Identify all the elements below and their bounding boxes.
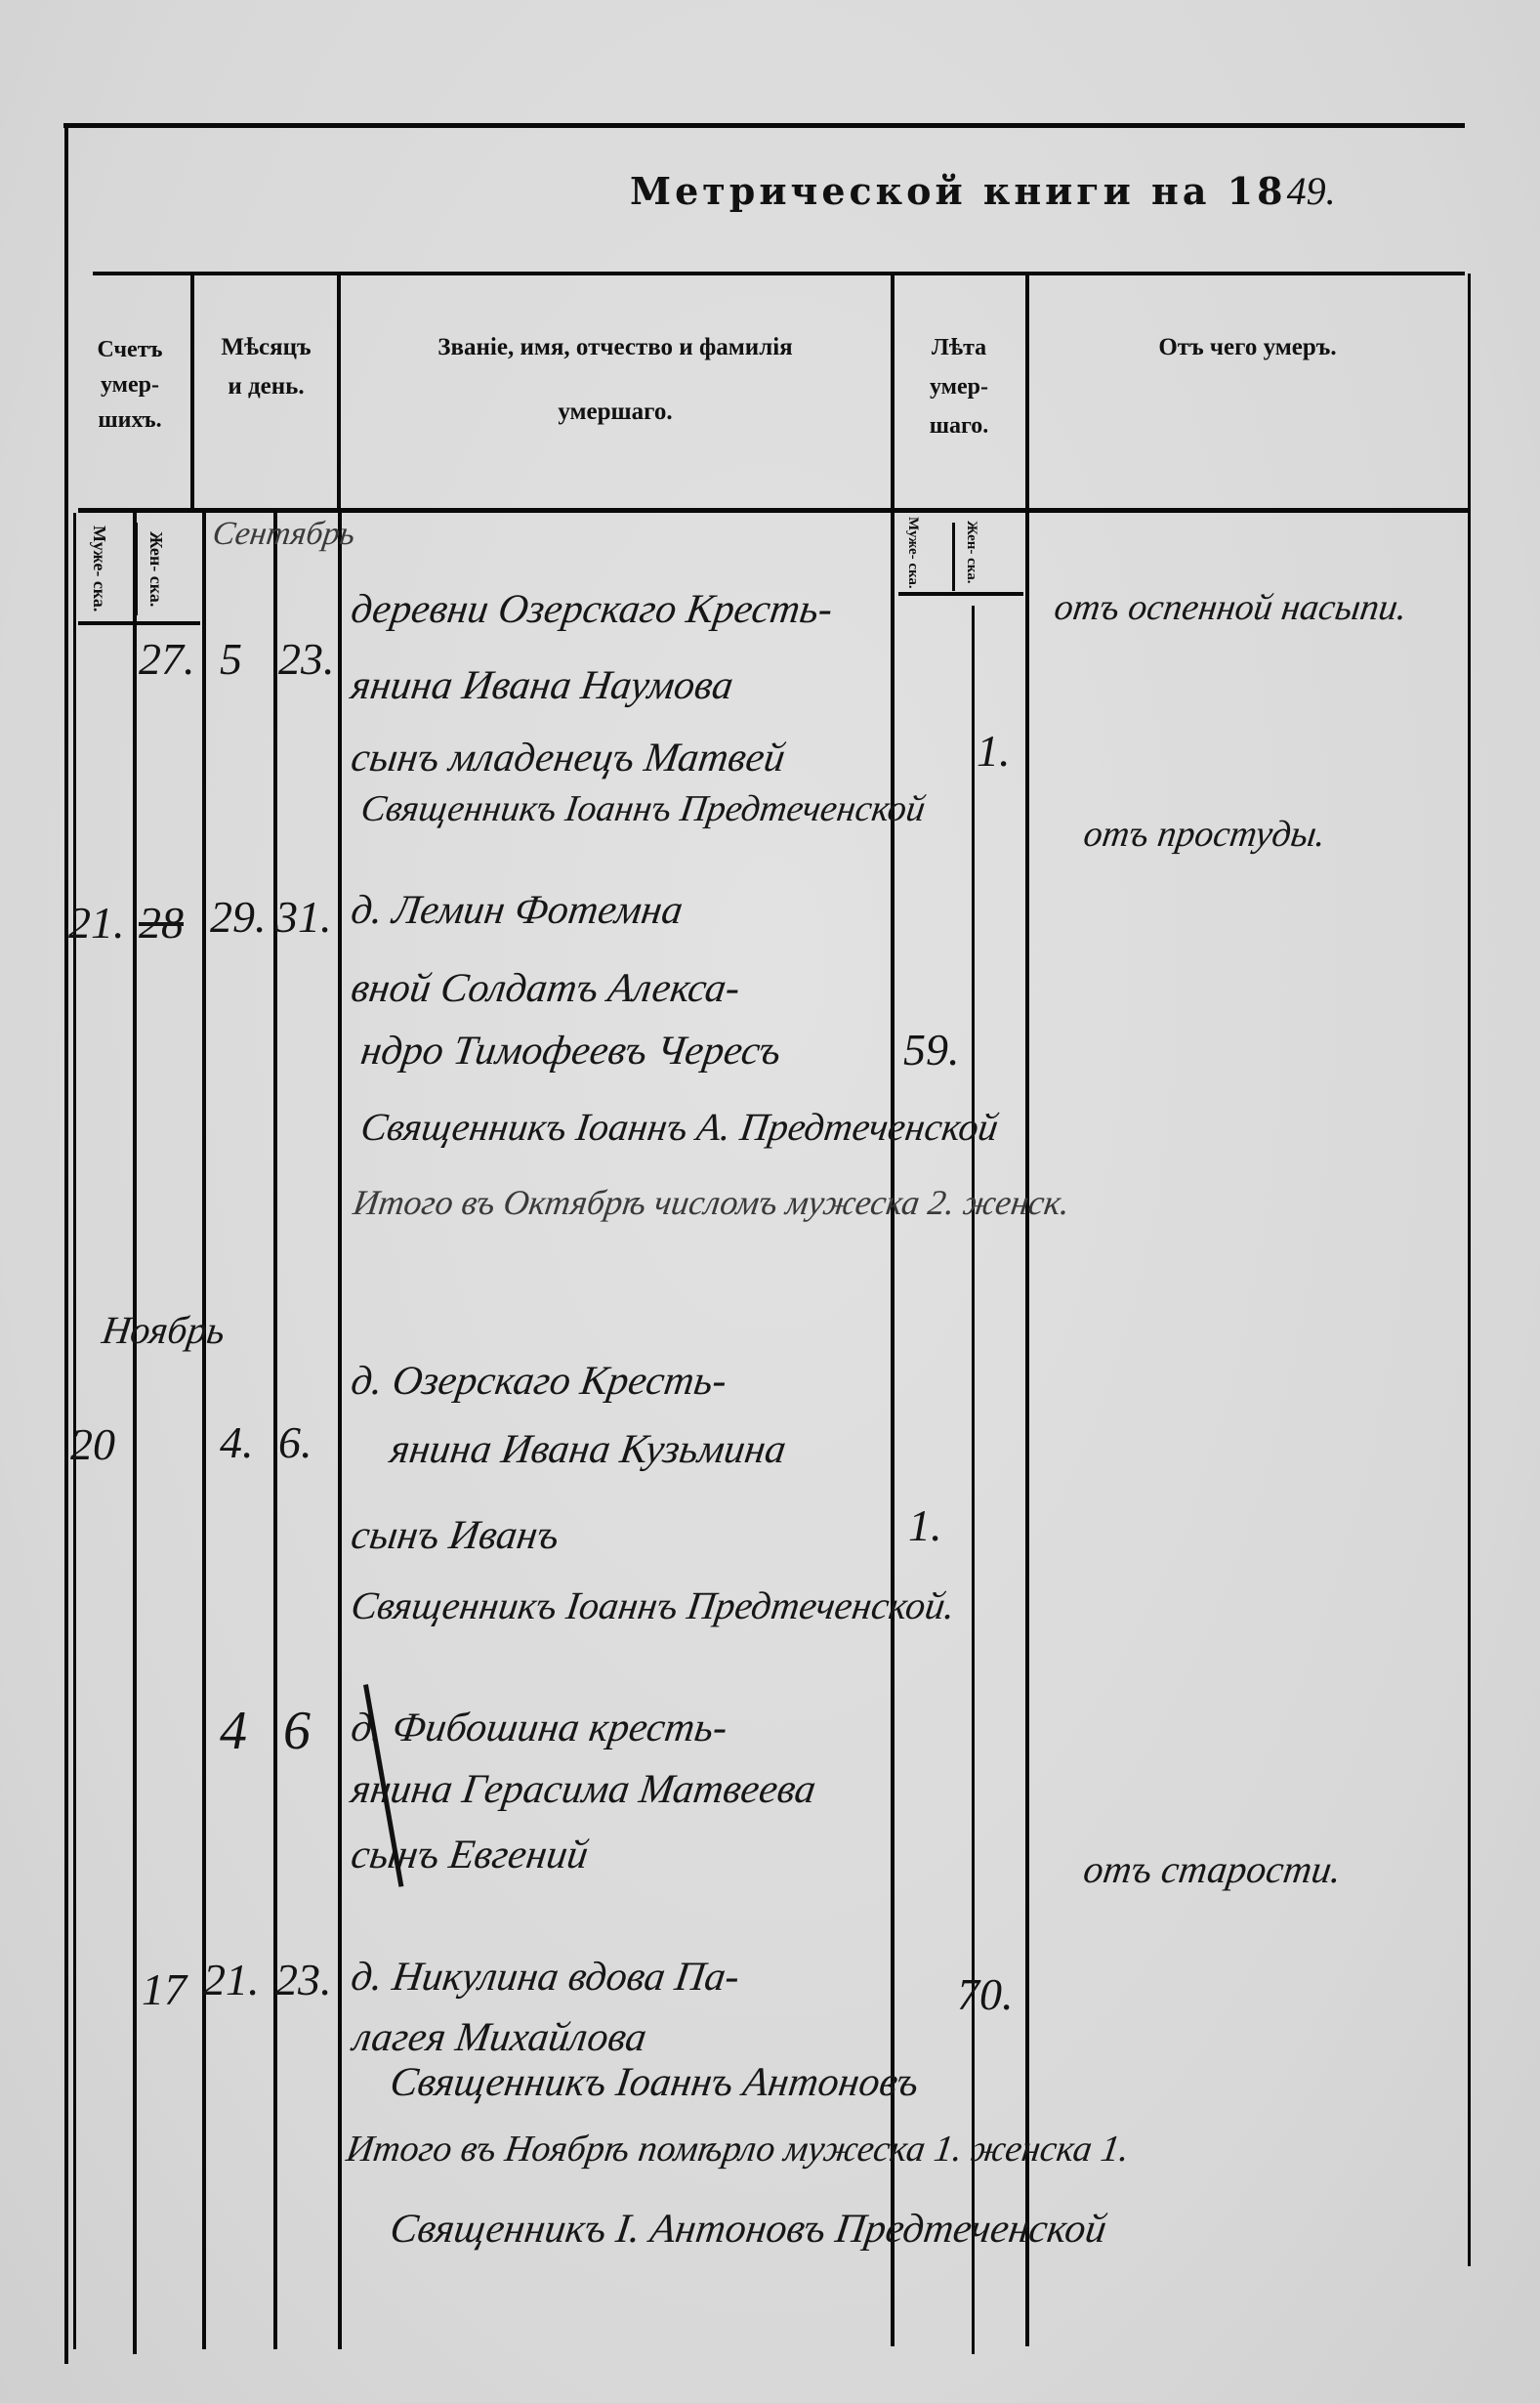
right-border (1468, 274, 1471, 2266)
subheader-count-male: Муже- ска. (90, 523, 109, 615)
entry3-priest: Священникъ Іоаннъ Предтеченской. (349, 1582, 958, 1628)
entry3-name-l2: янина Ивана Кузьмина (388, 1426, 789, 1473)
header-count-l2: умер- (70, 367, 189, 402)
entry1-month: Сентябрь (210, 516, 357, 553)
col-sep-age (1025, 275, 1029, 2346)
entry5-summary: Итого въ Ноябрѣ помѣрло мужеска 1. женск… (344, 2128, 1132, 2171)
entry4-name-l3: сынъ Евгений (349, 1832, 592, 1878)
page-title: Метрической книги на 1849. (630, 168, 1336, 214)
subheader-age-female: Жен- ска. (962, 516, 981, 589)
col-line-count-split (133, 508, 137, 2354)
top-border (63, 123, 1465, 128)
entry5-cause: отъ старости. (1081, 1846, 1345, 1892)
header-day: и день. (195, 367, 337, 406)
entry3-count-male: 20 (70, 1418, 115, 1470)
entry1-name-l1: деревни Озерскаго Кресть- (349, 586, 836, 633)
left-border (64, 127, 68, 2364)
entry3-name-l1: д. Озерскаго Кресть- (349, 1358, 730, 1405)
entry1-name-l2: янина Ивана Наумова (349, 662, 736, 709)
entry2-cause: отъ простуды. (1081, 813, 1328, 856)
entry1-death-day: 5 (220, 633, 242, 685)
header-month-day: Мѣсяцъ и день. (195, 328, 337, 406)
entry3-age-female: 1. (908, 1499, 942, 1551)
entry2-age-male: 59. (903, 1024, 960, 1075)
header-name-l1: Званіе, имя, отчество и фамилія (342, 328, 889, 367)
age-sub-divider (898, 592, 1023, 596)
header-cause: Отъ чего умеръ. (1030, 328, 1465, 367)
header-divider (93, 272, 1465, 275)
entry2-name-l2: вной Солдатъ Алекса- (349, 965, 743, 1012)
entry3-name-l3: сынъ Иванъ (349, 1512, 562, 1559)
entry2-name-l1: д. Лемин Фотемна (349, 887, 687, 934)
entry4-name-l1: д. Фибошина кресть- (349, 1705, 730, 1751)
col-line-day (338, 513, 342, 2349)
col-line-month (273, 513, 277, 2349)
entry2-burial-day: 31. (275, 891, 332, 943)
entry5-priest: Священникъ Іоаннъ Антоновъ (388, 2059, 922, 2106)
header-age: Лѣта умер- шаго. (895, 328, 1023, 445)
header-count-l1: Счетъ (70, 332, 189, 367)
entry5-death-day: 21. (203, 1954, 260, 2005)
subheader-count-female: Жен- ска. (146, 523, 166, 615)
title-text: Метрической книги на 18 (630, 169, 1287, 213)
register-page: Метрической книги на 1849. Счетъ умер- ш… (0, 0, 1540, 2403)
entry5-burial-day: 23. (275, 1954, 332, 2005)
col-sep-month (337, 275, 341, 510)
subheader-divider (78, 508, 1470, 513)
entry2-priest: Священникъ Іоаннъ А. Предтеченской (358, 1104, 1002, 1150)
header-cause-text: Отъ чего умеръ. (1030, 328, 1465, 367)
entry5-age-female: 70. (957, 1968, 1014, 2020)
entry3-death-day: 4. (220, 1416, 254, 1468)
entry5-name-l2: лагея Михайлова (351, 2014, 649, 2061)
subheader-age-male: Муже- ска. (903, 516, 923, 589)
header-month: Мѣсяцъ (195, 328, 337, 367)
entry5-count-female: 17 (142, 1963, 187, 2015)
header-count: Счетъ умер- шихъ. (70, 332, 189, 438)
entry1-count-female: 27. (139, 633, 195, 685)
entry5-name-l1: д. Никулина вдова Па- (349, 1954, 743, 2001)
entry4-burial-day: 6 (283, 1700, 311, 1762)
entry1-name-l3: сынъ младенецъ Матвей (349, 735, 788, 781)
entry2-count-female-struck: 28 (139, 897, 184, 949)
closing-signature: Священникъ І. Антоновъ Предтеченской (388, 2206, 1109, 2253)
title-year: 49. (1287, 169, 1336, 213)
entry1-cause: отъ оспенной насыпи. (1052, 586, 1410, 629)
header-count-l3: шихъ. (70, 402, 189, 438)
entry1-priest: Священникъ Іоаннъ Предтеченской (358, 787, 928, 830)
age-sub-split (952, 523, 955, 591)
entry2-death-day: 29. (210, 891, 267, 943)
entry4-name-l2: янина Герасима Матвеева (349, 1766, 819, 1813)
header-age-l2: умер- (895, 367, 1023, 406)
col-sep-name (891, 275, 895, 2346)
entry3-month: Ноябрь (100, 1307, 229, 1353)
entry2-summary: Итого въ Октябрѣ числомъ мужеска 2. женс… (351, 1182, 1072, 1223)
col-line-age-split (972, 606, 975, 2354)
entry1-burial-day: 23. (278, 633, 335, 685)
header-name-l2: умершаго. (342, 393, 889, 432)
entry4-death-day-struck: 4 (220, 1700, 247, 1762)
header-age-l3: шаго. (895, 406, 1023, 445)
col-sep-count (190, 275, 194, 510)
entry2-name-l3: ндро Тимофеевъ Чересъ (358, 1028, 784, 1075)
col-line-count-right (202, 513, 206, 2349)
entry1-age-female: 1. (977, 725, 1011, 777)
count-sub-split (135, 523, 138, 615)
entry2-count-male: 21. (68, 897, 125, 949)
count-sub-divider (78, 621, 200, 625)
header-age-l1: Лѣта (895, 328, 1023, 367)
entry3-burial-day: 6. (278, 1416, 312, 1468)
header-name: Званіе, имя, отчество и фамилія умершаго… (342, 328, 889, 432)
